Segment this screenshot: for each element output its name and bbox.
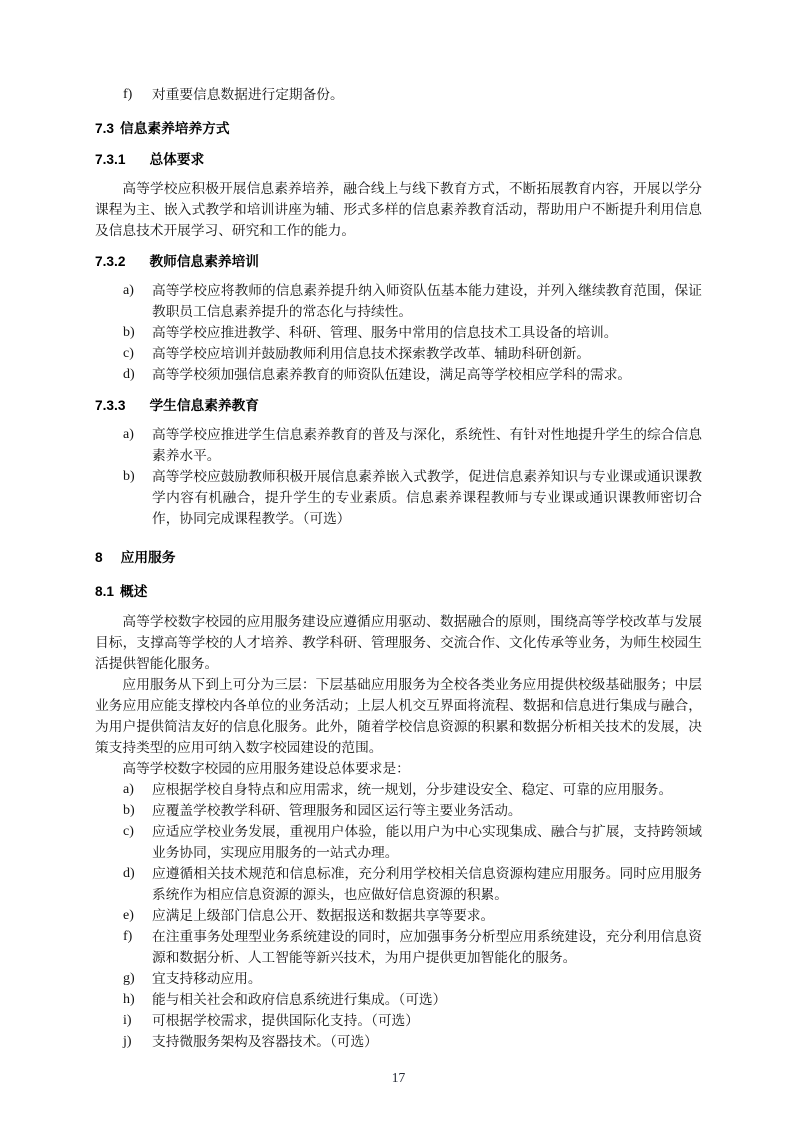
list-marker: d) — [123, 863, 135, 884]
paragraph-7-3-1: 高等学校应积极开展信息素养培养，融合线上与线下教育方式，不断拓展教育内容，开展以… — [95, 178, 702, 241]
list-marker: g) — [123, 968, 135, 989]
heading-title: 概述 — [120, 584, 147, 599]
heading-number: 7.3.2 — [95, 251, 125, 272]
list-item: b)高等学校应推进教学、科研、管理、服务中常用的信息技术工具设备的培训。 — [95, 322, 702, 343]
heading-title: 信息素养培养方式 — [120, 121, 230, 136]
list-8-1: a)应根据学校自身特点和应用需求，统一规划，分步建设安全、稳定、可靠的应用服务。… — [95, 779, 702, 1052]
list-item: a)应根据学校自身特点和应用需求，统一规划，分步建设安全、稳定、可靠的应用服务。 — [95, 779, 702, 800]
list-marker: f) — [123, 84, 132, 105]
list-item: a)高等学校应推进学生信息素养教育的普及与深化，系统性、有针对性地提升学生的综合… — [95, 424, 702, 466]
paragraph-8-1-a: 高等学校数字校园的应用服务建设应遵循应用驱动、数据融合的原则，围绕高等学校改革与… — [95, 611, 702, 674]
list-marker: a) — [123, 779, 134, 800]
heading-title: 应用服务 — [121, 550, 176, 565]
list-marker: c) — [123, 821, 134, 842]
list-item-f-backup: f)对重要信息数据进行定期备份。 — [95, 84, 702, 105]
heading-title: 总体要求 — [149, 152, 204, 167]
heading-7-3-2: 7.3.2教师信息素养培训 — [95, 251, 702, 272]
list-item-text: 高等学校应鼓励教师积极开展信息素养嵌入式教学，促进信息素养知识与专业课或通识课教… — [152, 469, 702, 526]
list-marker: b) — [123, 322, 135, 343]
heading-number: 8.1 — [95, 581, 114, 602]
list-item-text: 支持微服务架构及容器技术。（可选） — [152, 1034, 378, 1049]
list-item-text: 在注重事务处理型业务系统建设的同时，应加强事务分析型应用系统建设，充分利用信息资… — [152, 929, 702, 965]
list-item: g)宜支持移动应用。 — [95, 968, 702, 989]
list-item-text: 应适应学校业务发展，重视用户体验，能以用户为中心实现集成、融合与扩展，支持跨领域… — [152, 824, 702, 860]
heading-8: 8应用服务 — [95, 547, 702, 568]
heading-number: 7.3.3 — [95, 395, 125, 416]
list-item-text: 高等学校应推进教学、科研、管理、服务中常用的信息技术工具设备的培训。 — [152, 325, 617, 340]
list-7-3-3: a)高等学校应推进学生信息素养教育的普及与深化，系统性、有针对性地提升学生的综合… — [95, 424, 702, 529]
list-marker: c) — [123, 343, 134, 364]
paragraph-8-1-c: 高等学校数字校园的应用服务建设总体要求是： — [95, 758, 702, 779]
heading-7-3: 7.3信息素养培养方式 — [95, 118, 702, 139]
list-item: d)应遵循相关技术规范和信息标准，充分利用学校相关信息资源构建应用服务。同时应用… — [95, 863, 702, 905]
paragraph-8-1-b: 应用服务从下到上可分为三层：下层基础应用服务为全校各类业务应用提供校级基础服务；… — [95, 674, 702, 758]
list-item: i)可根据学校需求，提供国际化支持。（可选） — [95, 1010, 702, 1031]
document-page: f)对重要信息数据进行定期备份。 7.3信息素养培养方式 7.3.1总体要求 高… — [0, 0, 793, 1122]
list-marker: a) — [123, 280, 134, 301]
heading-7-3-3: 7.3.3学生信息素养教育 — [95, 395, 702, 416]
list-item-text: 高等学校须加强信息素养教育的师资队伍建设，满足高等学校相应学科的需求。 — [152, 367, 631, 382]
list-item-text: 可根据学校需求，提供国际化支持。（可选） — [152, 1013, 419, 1028]
list-item: d)高等学校须加强信息素养教育的师资队伍建设，满足高等学校相应学科的需求。 — [95, 364, 702, 385]
heading-number: 7.3 — [95, 118, 114, 139]
list-item-text: 宜支持移动应用。 — [152, 971, 262, 986]
list-item: a)高等学校应将教师的信息素养提升纳入师资队伍基本能力建设，并列入继续教育范围，… — [95, 280, 702, 322]
list-item: c)应适应学校业务发展，重视用户体验，能以用户为中心实现集成、融合与扩展，支持跨… — [95, 821, 702, 863]
list-item: j)支持微服务架构及容器技术。（可选） — [95, 1031, 702, 1052]
heading-title: 教师信息素养培训 — [149, 254, 259, 269]
list-item-text: 应满足上级部门信息公开、数据报送和数据共享等要求。 — [152, 908, 494, 923]
list-item-text: 对重要信息数据进行定期备份。 — [152, 87, 344, 102]
heading-8-1: 8.1概述 — [95, 581, 702, 602]
list-item-text: 能与相关社会和政府信息系统进行集成。（可选） — [152, 992, 446, 1007]
list-marker: b) — [123, 800, 135, 821]
heading-7-3-1: 7.3.1总体要求 — [95, 149, 702, 170]
heading-number: 7.3.1 — [95, 149, 125, 170]
list-marker: h) — [123, 989, 135, 1010]
list-item: h)能与相关社会和政府信息系统进行集成。（可选） — [95, 989, 702, 1010]
list-item: b)高等学校应鼓励教师积极开展信息素养嵌入式教学，促进信息素养知识与专业课或通识… — [95, 466, 702, 529]
list-marker: j) — [123, 1031, 132, 1052]
page-number: 17 — [95, 1067, 702, 1088]
heading-title: 学生信息素养教育 — [149, 398, 259, 413]
list-item: b)应覆盖学校教学科研、管理服务和园区运行等主要业务活动。 — [95, 800, 702, 821]
list-item: e)应满足上级部门信息公开、数据报送和数据共享等要求。 — [95, 905, 702, 926]
list-item-text: 高等学校应推进学生信息素养教育的普及与深化，系统性、有针对性地提升学生的综合信息… — [152, 427, 702, 463]
list-item: c)高等学校应培训并鼓励教师利用信息技术探索教学改革、辅助科研创新。 — [95, 343, 702, 364]
list-marker: e) — [123, 905, 134, 926]
list-marker: b) — [123, 466, 135, 487]
list-item: f)在注重事务处理型业务系统建设的同时，应加强事务分析型应用系统建设，充分利用信… — [95, 926, 702, 968]
list-item-text: 应遵循相关技术规范和信息标准，充分利用学校相关信息资源构建应用服务。同时应用服务… — [152, 866, 702, 902]
list-item-text: 高等学校应培训并鼓励教师利用信息技术探索教学改革、辅助科研创新。 — [152, 346, 590, 361]
list-marker: d) — [123, 364, 135, 385]
list-7-3-2: a)高等学校应将教师的信息素养提升纳入师资队伍基本能力建设，并列入继续教育范围，… — [95, 280, 702, 385]
list-marker: a) — [123, 424, 134, 445]
list-item-text: 应根据学校自身特点和应用需求，统一规划，分步建设安全、稳定、可靠的应用服务。 — [152, 782, 672, 797]
list-item-text: 高等学校应将教师的信息素养提升纳入师资队伍基本能力建设，并列入继续教育范围，保证… — [152, 283, 702, 319]
heading-number: 8 — [95, 547, 103, 568]
list-item-text: 应覆盖学校教学科研、管理服务和园区运行等主要业务活动。 — [152, 803, 522, 818]
list-marker: i) — [123, 1010, 132, 1031]
list-marker: f) — [123, 926, 132, 947]
